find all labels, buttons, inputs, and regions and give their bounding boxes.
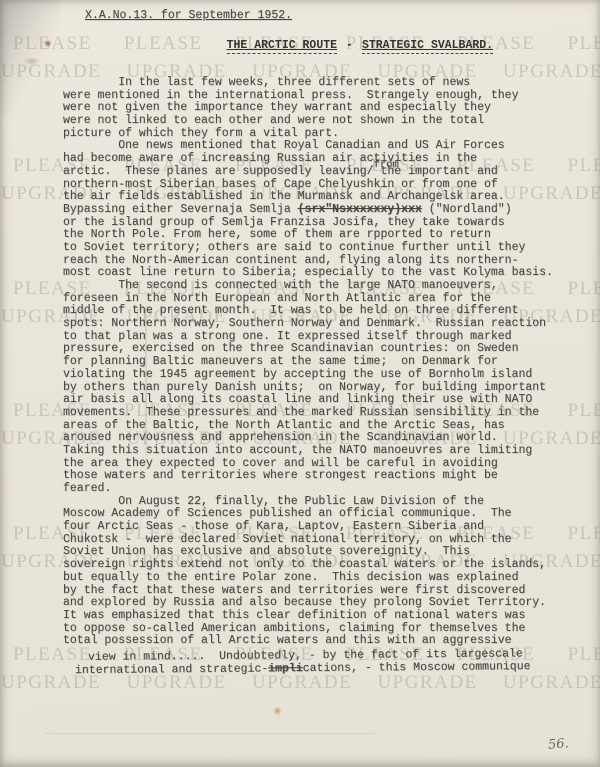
text-segment: ("Nordland") <box>422 203 512 216</box>
text-segment: arctic. These planes are supposedly leav… <box>63 165 374 178</box>
struck-out-text: (srx"Nsxxxxxxy)xxx <box>298 203 422 216</box>
text-line: Bypassing either Severnaja Semlja (srx"N… <box>63 204 553 217</box>
text-line: In the last few weeks, three different s… <box>63 77 553 90</box>
text-line: air basis all along its coastal line and… <box>63 394 553 407</box>
corner-shade <box>0 0 60 115</box>
doc-title-part1: THE ARCTIC ROUTE <box>227 39 337 54</box>
text-line: to Soviet territory; others are said to … <box>63 242 553 255</box>
text-line: those waters and territories where stron… <box>63 470 553 483</box>
text-line: and explored by Russia and also because … <box>63 597 553 610</box>
document-body: In the last few weeks, three different s… <box>63 77 553 675</box>
text-line: but equally to the entire Polar zone. Th… <box>63 572 553 585</box>
document-page: PLEASE PLEASE PLEASE PLEASE PLEASE PLEAS… <box>0 0 600 767</box>
text-segment: international and strategic- <box>75 662 268 677</box>
handwritten-page-number: 56. <box>547 736 569 753</box>
text-segment: Bypassing either Severnaja Semlja <box>63 203 298 216</box>
horizontal-crease <box>45 733 375 734</box>
text-line: arctic. These planes are supposedly leav… <box>63 166 553 179</box>
text-line: four Arctic Seas - those of Kara, Laptov… <box>63 521 553 534</box>
text-line: total possession of all Arctic waters an… <box>63 635 553 648</box>
text-line: movements. These pressures and the marke… <box>63 407 553 420</box>
text-line: sovereign rights extend not only to the … <box>63 559 553 572</box>
text-line: spots: Northern Norway, Southern Norway … <box>63 318 553 331</box>
fox-spot <box>23 57 40 65</box>
text-line: Taking this situation into account, the … <box>63 445 553 458</box>
fox-spot <box>273 707 282 715</box>
struck-out-text: impli <box>268 662 303 675</box>
text-line: feared. <box>63 483 553 496</box>
doc-title: THE ARCTIC ROUTE-STRATEGIC SVALBARD. <box>199 26 493 67</box>
text-line: for planning Baltic maneuvers at the sam… <box>63 356 553 369</box>
text-line: It was emphasized that this clear defini… <box>63 610 553 623</box>
doc-title-part2: STRATEGIC SVALBARD. <box>362 39 493 54</box>
text-line: The second is connected with the large N… <box>63 280 553 293</box>
doc-reference: X.A.No.13. for September 1952. <box>85 9 292 22</box>
fox-spot <box>44 40 52 47</box>
text-line: international and strategic-implications… <box>75 661 553 678</box>
text-line: were not linked to each other and were n… <box>63 115 553 128</box>
text-line: violating the 1945 agreement by acceptin… <box>63 369 553 382</box>
text-segment: cations, - this Moscow communique <box>303 660 531 675</box>
title-separator: - <box>337 39 362 52</box>
